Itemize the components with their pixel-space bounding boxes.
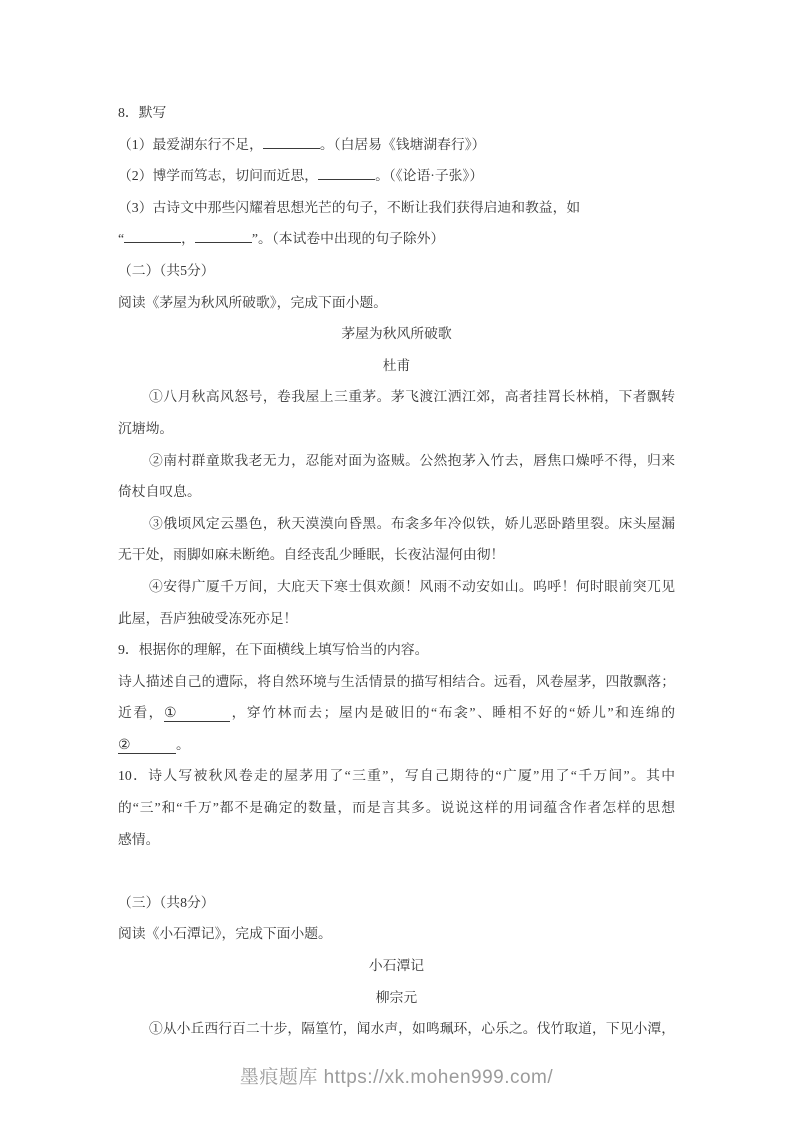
q9-desc-line3: ②。 [118, 729, 675, 761]
section2-intro-text: 阅读《茅屋为秋风所破歌》，完成下面小题。 [118, 295, 387, 310]
q8-item3-line2: “，”。（本试卷中出现的句子除外） [118, 223, 675, 255]
poem-para3-line1-text: ③俄顷风定云墨色，秋天漠漠向昏黑。布衾多年冷似铁，娇儿恶卧踏里裂。床头屋漏 [149, 516, 675, 531]
answer-blank [318, 162, 375, 180]
section3-intro: 阅读《小石潭记》，完成下面小题。 [118, 918, 675, 950]
section3-heading-text: （三）（共8分） [118, 895, 215, 910]
q8-item2: （2）博学而笃志，切问而近思，。（《论语·子张》） [118, 160, 675, 192]
footer-site-url: https://xk.mohen999.com/ [324, 1067, 554, 1088]
essay-para1-line1: ①从小丘西行百二十步，隔篁竹，闻水声，如鸣珮环，心乐之。伐竹取道，下见小潭， [118, 1013, 675, 1045]
poem-para3-line1: ③俄顷风定云墨色，秋天漠漠向昏黑。布衾多年冷似铁，娇儿恶卧踏里裂。床头屋漏 [118, 508, 675, 540]
section3-heading: （三）（共8分） [118, 887, 675, 919]
q8-label-text: 8．默写 [118, 105, 166, 120]
poem-para4-line1-text: ④安得广厦千万间，大庇天下寒士俱欢颜！风雨不动安如山。呜呼！何时眼前突兀见 [149, 579, 675, 594]
q8-item2-text: 。（《论语·子张》） [375, 168, 483, 183]
poem-para4-line2: 此屋，吾庐独破受冻死亦足！ [118, 603, 675, 635]
footer-site-name: 墨痕题库 [240, 1067, 318, 1088]
q8-item1-text: （1）最爱湖东行不足， [118, 137, 263, 152]
exam-page: 8．默写（1）最爱湖东行不足，。（白居易《钱塘湖春行》）（2）博学而笃志，切问而… [0, 0, 793, 1122]
document-lines: 8．默写（1）最爱湖东行不足，。（白居易《钱塘湖春行》）（2）博学而笃志，切问而… [118, 97, 675, 1045]
poem-para4-line1: ④安得广厦千万间，大庇天下寒士俱欢颜！风雨不动安如山。呜呼！何时眼前突兀见 [118, 571, 675, 603]
section3-intro-text: 阅读《小石潭记》，完成下面小题。 [118, 926, 332, 941]
poem-title-text: 茅屋为秋风所破歌 [341, 326, 451, 341]
essay-para1-line1-text: ①从小丘西行百二十步，隔篁竹，闻水声，如鸣珮环，心乐之。伐竹取道，下见小潭， [149, 1021, 675, 1036]
poem-author-text: 杜甫 [383, 358, 411, 373]
essay-author-text: 柳宗元 [376, 990, 417, 1005]
q9-desc-line2: 近看，①，穿竹林而去；屋内是破旧的“布衾”、睡相不好的“娇儿”和连绵的 [118, 697, 675, 729]
q8-item3-line2-text: ， [181, 231, 195, 246]
q10-line1-text: 10．诗人写被秋风卷走的屋茅用了“三重”，写自己期待的“广厦”用了“千万间”。其… [118, 768, 675, 783]
poem-author: 杜甫 [118, 350, 675, 382]
section2-heading: （二）（共5分） [118, 255, 675, 287]
essay-title: 小石潭记 [118, 950, 675, 982]
poem-para1-line2-text: 沉塘坳。 [118, 421, 173, 436]
essay-author: 柳宗元 [118, 982, 675, 1014]
essay-title-text: 小石潭记 [369, 958, 424, 973]
q8-item1: （1）最爱湖东行不足，。（白居易《钱塘湖春行》） [118, 129, 675, 161]
poem-para2-line2: 倚杖自叹息。 [118, 476, 675, 508]
q9-desc-line3-text: 。 [176, 737, 190, 752]
section2-intro: 阅读《茅屋为秋风所破歌》，完成下面小题。 [118, 287, 675, 319]
q9-desc-line1-text: 诗人描述自己的遭际，将自然环境与生活情景的描写相结合。远看，风卷屋茅，四散飘落； [118, 674, 675, 689]
q9-desc-line2-text: ，穿竹林而去；屋内是破旧的“布衾”、睡相不好的“娇儿”和连绵的 [230, 705, 675, 720]
q9-label-text: 9．根据你的理解，在下面横线上填写恰当的内容。 [118, 642, 428, 657]
q8-item3-line1: （3）古诗文中那些闪耀着思想光芒的句子，不断让我们获得启迪和教益，如 [118, 192, 675, 224]
q9-desc-line2-text: 近看， [118, 705, 164, 720]
q8-item1-text: 。（白居易《钱塘湖春行》） [320, 137, 486, 152]
q10-line3-text: 感情。 [118, 832, 159, 847]
q9-label: 9．根据你的理解，在下面横线上填写恰当的内容。 [118, 634, 675, 666]
answer-blank [263, 131, 320, 149]
answer-blank: ② [118, 736, 176, 754]
poem-title: 茅屋为秋风所破歌 [118, 318, 675, 350]
section2-heading-text: （二）（共5分） [118, 263, 215, 278]
answer-blank [124, 225, 181, 243]
footer-watermark: 墨痕题库 https://xk.mohen999.com/ [0, 1062, 793, 1089]
poem-para1-line2: 沉塘坳。 [118, 413, 675, 445]
q10-line3: 感情。 [118, 824, 675, 856]
blank-separator [118, 855, 675, 887]
poem-para3-line2: 无干处，雨脚如麻未断绝。自经丧乱少睡眠，长夜沾湿何由彻！ [118, 539, 675, 571]
answer-blank [195, 225, 252, 243]
q8-label: 8．默写 [118, 97, 675, 129]
poem-para2-line1-text: ②南村群童欺我老无力，忍能对面为盗贼。公然抱茅入竹去，唇焦口燥呼不得，归来 [149, 453, 675, 468]
q10-line1: 10．诗人写被秋风卷走的屋茅用了“三重”，写自己期待的“广厦”用了“千万间”。其… [118, 760, 675, 792]
answer-blank: ① [164, 704, 230, 722]
poem-para1-line1: ①八月秋高风怒号，卷我屋上三重茅。茅飞渡江洒江郊，高者挂罥长林梢，下者飘转 [118, 381, 675, 413]
q9-desc-line1: 诗人描述自己的遭际，将自然环境与生活情景的描写相结合。远看，风卷屋茅，四散飘落； [118, 666, 675, 698]
q8-item2-text: （2）博学而笃志，切问而近思， [118, 168, 318, 183]
poem-para4-line2-text: 此屋，吾庐独破受冻死亦足！ [118, 611, 297, 626]
q8-item3-line1-text: （3）古诗文中那些闪耀着思想光芒的句子，不断让我们获得启迪和教益，如 [118, 200, 580, 215]
q10-line2-text: 的“三”和“千万”都不是确定的数量，而是言其多。说说这样的用词蕴含作者怎样的思想 [118, 800, 675, 815]
q8-item3-line2-text: ”。（本试卷中出现的句子除外） [252, 231, 444, 246]
q10-line2: 的“三”和“千万”都不是确定的数量，而是言其多。说说这样的用词蕴含作者怎样的思想 [118, 792, 675, 824]
poem-para2-line2-text: 倚杖自叹息。 [118, 484, 201, 499]
poem-para1-line1-text: ①八月秋高风怒号，卷我屋上三重茅。茅飞渡江洒江郊，高者挂罥长林梢，下者飘转 [149, 389, 675, 404]
poem-para3-line2-text: 无干处，雨脚如麻未断绝。自经丧乱少睡眠，长夜沾湿何由彻！ [118, 547, 504, 562]
poem-para2-line1: ②南村群童欺我老无力，忍能对面为盗贼。公然抱茅入竹去，唇焦口燥呼不得，归来 [118, 445, 675, 477]
